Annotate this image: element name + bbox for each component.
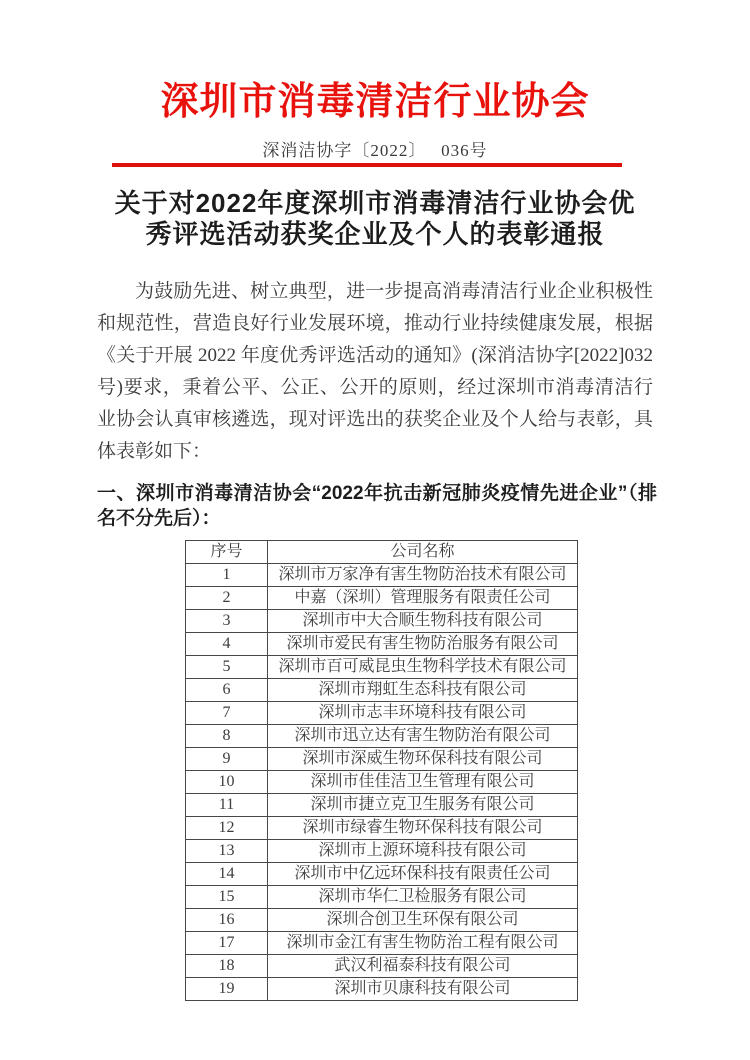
row-serial-number: 16 [186,909,268,932]
table-row: 11深圳市捷立克卫生服务有限公司 [186,794,578,817]
row-company-name: 深圳市翔虹生态科技有限公司 [268,679,578,702]
document-title: 关于对2022年度深圳市消毒清洁行业协会优 秀评选活动获奖企业及个人的表彰通报 [0,188,750,250]
row-serial-number: 12 [186,817,268,840]
row-company-name: 深圳市华仁卫检服务有限公司 [268,886,578,909]
row-company-name: 深圳市中大合顺生物科技有限公司 [268,610,578,633]
row-serial-number: 14 [186,863,268,886]
table-row: 13深圳市上源环境科技有限公司 [186,840,578,863]
table-row: 7深圳市志丰环境科技有限公司 [186,702,578,725]
row-company-name: 深圳市金江有害生物防治工程有限公司 [268,932,578,955]
body-paragraph: 为鼓励先进、树立典型，进一步提高消毒清洁行业企业积极性和规范性，营造良好行业发展… [97,276,653,468]
row-company-name: 深圳市捷立克卫生服务有限公司 [268,794,578,817]
row-company-name: 武汉利福泰科技有限公司 [268,955,578,978]
row-serial-number: 8 [186,725,268,748]
table-row: 12深圳市绿睿生物环保科技有限公司 [186,817,578,840]
row-serial-number: 4 [186,633,268,656]
letterhead-divider-line [112,163,622,167]
table-row: 6深圳市翔虹生态科技有限公司 [186,679,578,702]
table-row: 8深圳市迅立达有害生物防治有限公司 [186,725,578,748]
awarded-companies-table: 序号 公司名称 1深圳市万家净有害生物防治技术有限公司2中嘉（深圳）管理服务有限… [185,540,578,1001]
table-row: 3深圳市中大合顺生物科技有限公司 [186,610,578,633]
row-serial-number: 7 [186,702,268,725]
row-serial-number: 13 [186,840,268,863]
table-row: 18武汉利福泰科技有限公司 [186,955,578,978]
table-row: 17深圳市金江有害生物防治工程有限公司 [186,932,578,955]
document-title-line-1: 关于对2022年度深圳市消毒清洁行业协会优 [0,188,750,219]
row-serial-number: 2 [186,587,268,610]
row-company-name: 深圳市百可威昆虫生物科学技术有限公司 [268,656,578,679]
row-serial-number: 15 [186,886,268,909]
document-page: 深圳市消毒清洁行业协会 深消洁协字〔2022〕 036号 关于对2022年度深圳… [0,0,750,1060]
table-row: 10深圳市佳佳洁卫生管理有限公司 [186,771,578,794]
row-serial-number: 9 [186,748,268,771]
column-header-serial-number: 序号 [186,541,268,564]
row-serial-number: 6 [186,679,268,702]
row-serial-number: 1 [186,564,268,587]
table-row: 1深圳市万家净有害生物防治技术有限公司 [186,564,578,587]
table-row: 9深圳市深威生物环保科技有限公司 [186,748,578,771]
column-header-company-name: 公司名称 [268,541,578,564]
row-company-name: 深圳市爱民有害生物防治服务有限公司 [268,633,578,656]
document-title-line-2: 秀评选活动获奖企业及个人的表彰通报 [0,219,750,250]
company-table-body: 1深圳市万家净有害生物防治技术有限公司2中嘉（深圳）管理服务有限责任公司3深圳市… [186,564,578,1001]
section-1-heading: 一、深圳市消毒清洁协会“2022年抗击新冠肺炎疫情先进企业”（排名不分先后）： [97,481,657,531]
organization-letterhead-title: 深圳市消毒清洁行业协会 [0,80,750,124]
row-company-name: 深圳市志丰环境科技有限公司 [268,702,578,725]
table-row: 5深圳市百可威昆虫生物科学技术有限公司 [186,656,578,679]
row-serial-number: 5 [186,656,268,679]
row-serial-number: 10 [186,771,268,794]
row-company-name: 深圳合创卫生环保有限公司 [268,909,578,932]
table-row: 2中嘉（深圳）管理服务有限责任公司 [186,587,578,610]
table-row: 19深圳市贝康科技有限公司 [186,978,578,1001]
table-row: 16深圳合创卫生环保有限公司 [186,909,578,932]
row-company-name: 深圳市佳佳洁卫生管理有限公司 [268,771,578,794]
row-company-name: 深圳市万家净有害生物防治技术有限公司 [268,564,578,587]
row-company-name: 深圳市迅立达有害生物防治有限公司 [268,725,578,748]
row-serial-number: 11 [186,794,268,817]
document-number: 深消洁协字〔2022〕 036号 [0,140,750,162]
table-row: 15深圳市华仁卫检服务有限公司 [186,886,578,909]
row-serial-number: 19 [186,978,268,1001]
row-serial-number: 17 [186,932,268,955]
row-company-name: 中嘉（深圳）管理服务有限责任公司 [268,587,578,610]
row-company-name: 深圳市深威生物环保科技有限公司 [268,748,578,771]
table-header-row: 序号 公司名称 [186,541,578,564]
row-serial-number: 3 [186,610,268,633]
row-company-name: 深圳市贝康科技有限公司 [268,978,578,1001]
row-company-name: 深圳市绿睿生物环保科技有限公司 [268,817,578,840]
row-company-name: 深圳市上源环境科技有限公司 [268,840,578,863]
table-row: 4深圳市爱民有害生物防治服务有限公司 [186,633,578,656]
table-row: 14深圳市中亿远环保科技有限责任公司 [186,863,578,886]
row-serial-number: 18 [186,955,268,978]
row-company-name: 深圳市中亿远环保科技有限责任公司 [268,863,578,886]
